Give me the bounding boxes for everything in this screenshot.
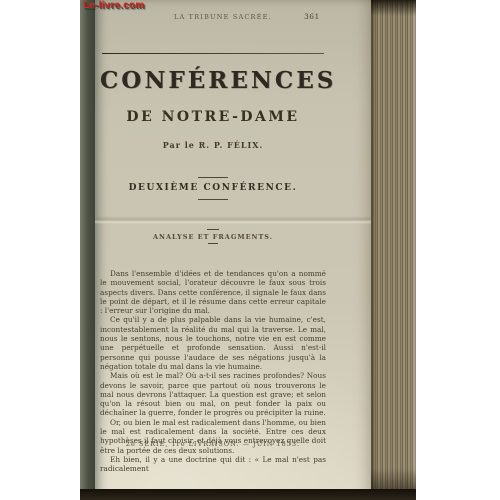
book-bottom-edge: [80, 489, 416, 500]
imprint-footer: 2e SÉRIE, 1re LIVRAISON. — JUIN 1853.: [100, 440, 326, 448]
divider-rule: [207, 229, 219, 230]
running-header-title: LA TRIBUNE SACRÉE.: [174, 13, 272, 21]
paragraph: Or, ou bien le mal est radicalement dans…: [100, 418, 326, 455]
paragraph: Ce qu'il y a de plus palpable dans la vi…: [100, 315, 326, 371]
divider-rule: [208, 243, 218, 244]
seller-watermark: Le-livre.com: [83, 0, 144, 11]
author-byline: Par le R. P. FÉLIX.: [100, 140, 326, 150]
paragraph: Mais où est le mal? Où a-t-il ses racine…: [100, 371, 326, 417]
paragraph: Dans l'ensemble d'idées et de tendances …: [100, 269, 326, 315]
screenshot: { "watermark": { "text": "Le-livre.com",…: [0, 0, 500, 500]
book-photo: LA TRIBUNE SACRÉE. 361 CONFÉRENCES DE NO…: [80, 0, 416, 500]
book-title: CONFÉRENCES: [100, 67, 326, 94]
divider-rule: [198, 177, 228, 178]
paragraph: Eh bien, il y a une doctrine qui dit : «…: [100, 455, 326, 474]
page-number: 361: [304, 12, 320, 21]
header-rule: [102, 53, 324, 54]
book-spine: [80, 0, 95, 500]
page-crease: [95, 216, 371, 224]
book-subtitle: DE NOTRE-DAME: [100, 109, 326, 125]
divider-rule: [198, 199, 228, 200]
book-fore-edge: [371, 0, 416, 490]
subsection-heading: ANALYSE ET FRAGMENTS.: [100, 233, 326, 241]
book-page: LA TRIBUNE SACRÉE. 361 CONFÉRENCES DE NO…: [95, 0, 371, 500]
section-heading: DEUXIÈME CONFÉRENCE.: [100, 183, 326, 193]
running-header: LA TRIBUNE SACRÉE. 361: [100, 13, 326, 23]
